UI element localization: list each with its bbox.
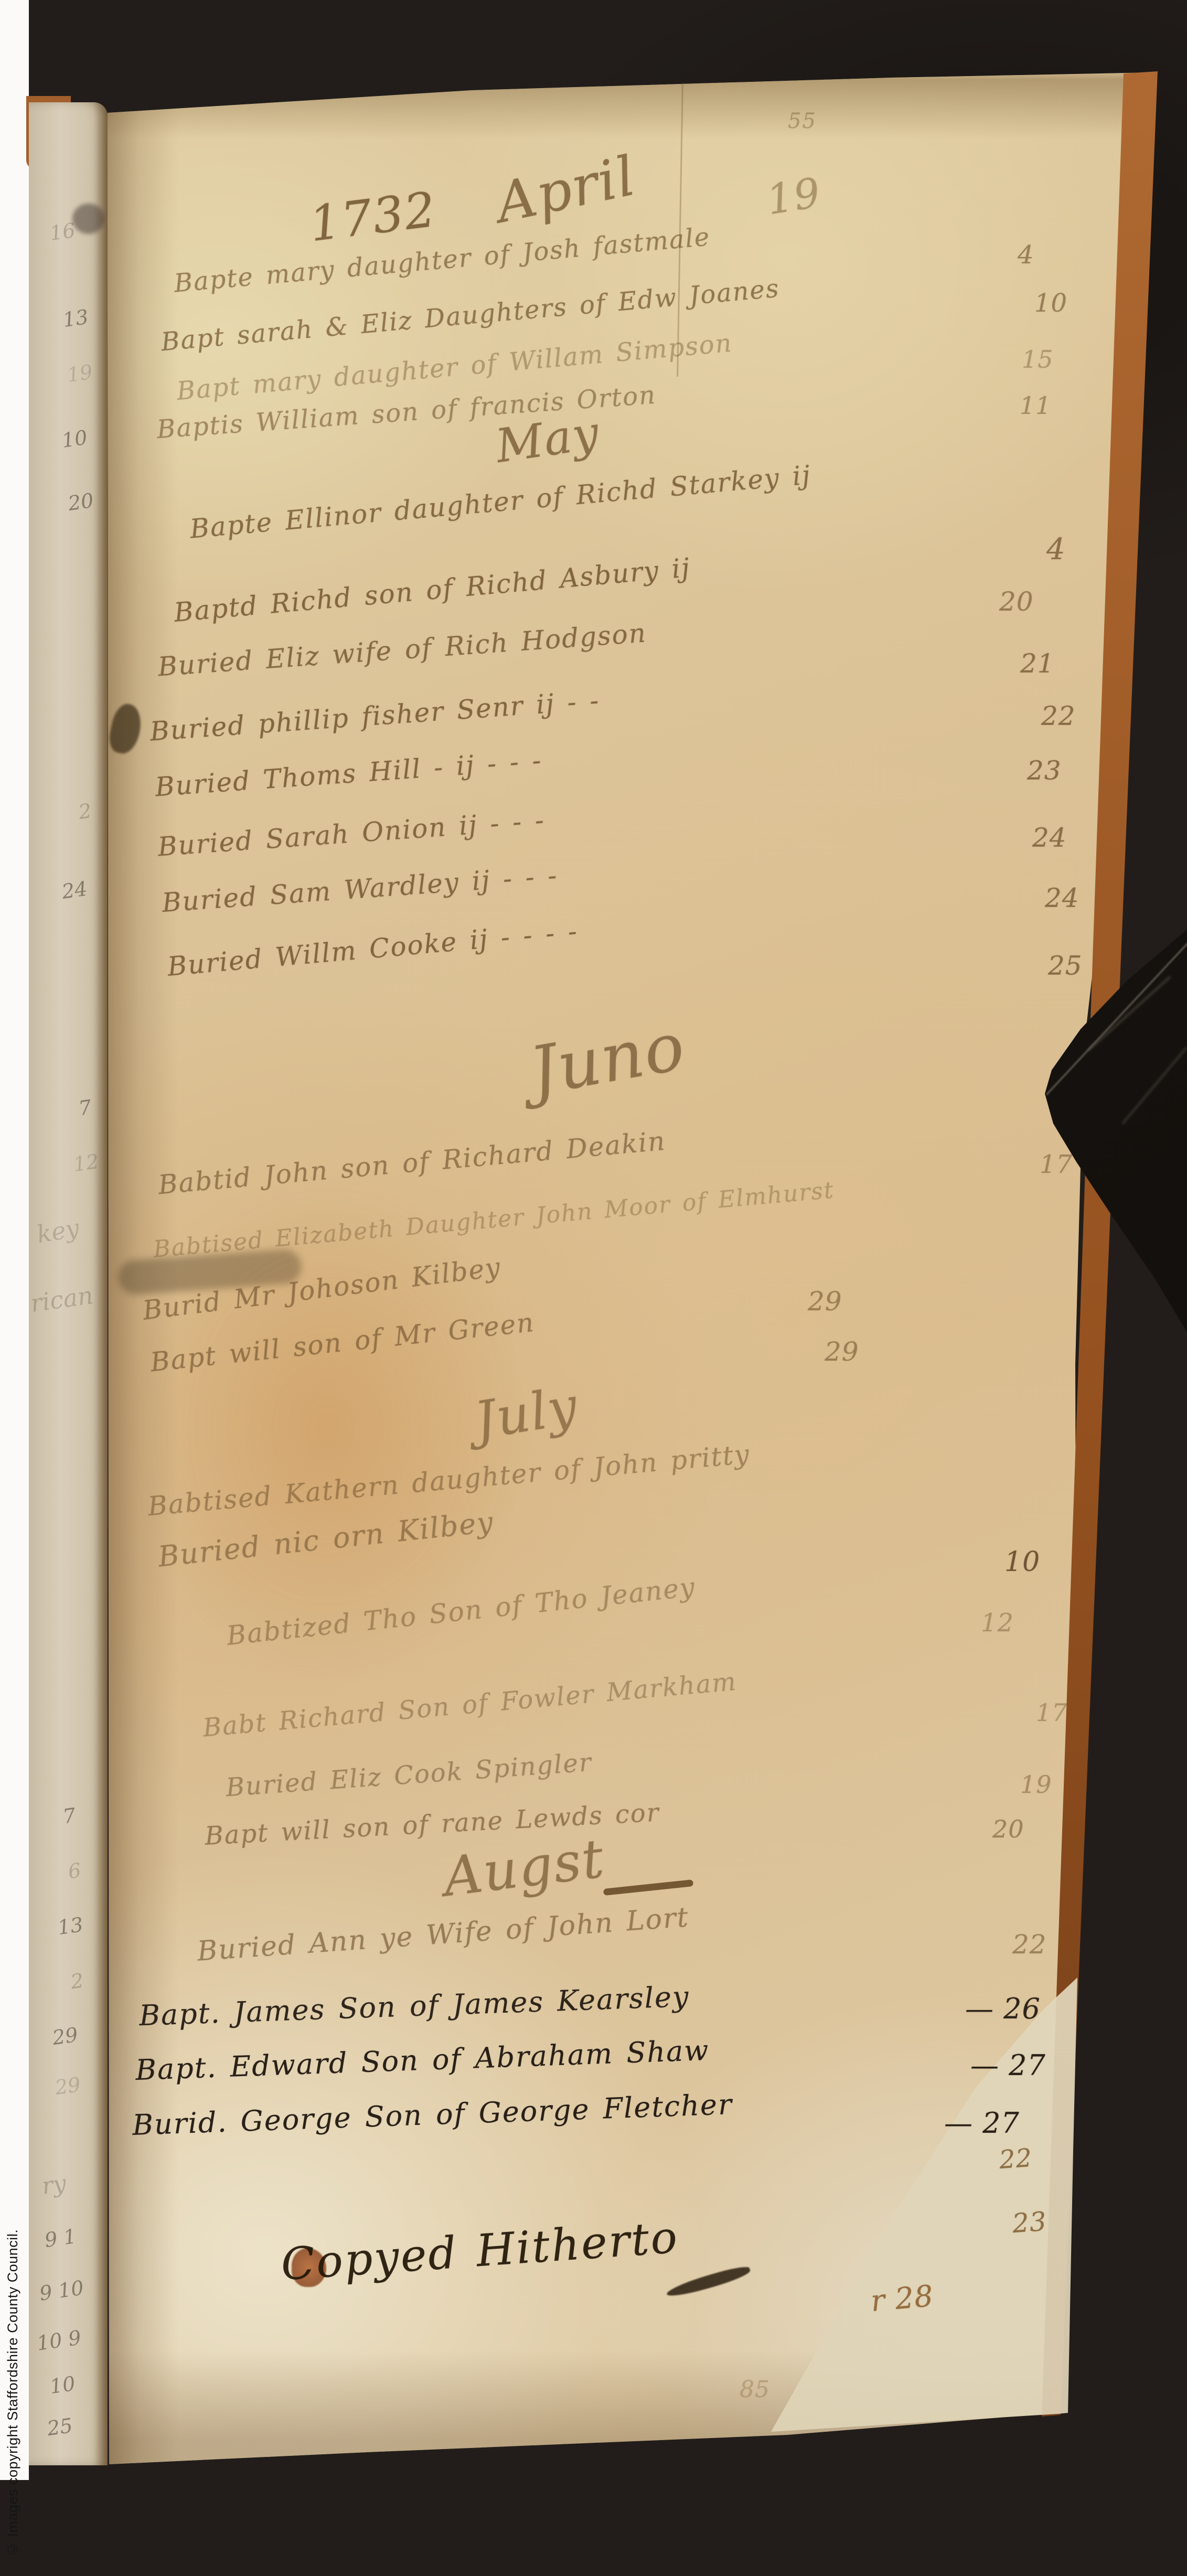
entry-day: 19 <box>1020 1770 1052 1799</box>
under-page-fragment: 22 <box>998 2143 1033 2175</box>
margin-fragment: 20 <box>67 489 95 515</box>
under-page-fragment: r 28 <box>869 2279 935 2318</box>
margin-fragment: 10 <box>48 2372 77 2398</box>
entry-day: 24 <box>1032 822 1067 853</box>
scan-edge-strip <box>0 0 29 2480</box>
entry-day: 20 <box>999 586 1034 617</box>
margin-fragment: 19 <box>66 360 94 387</box>
entry-day: 21 <box>1020 648 1055 679</box>
ink-smudge <box>72 204 105 234</box>
margin-fragment: 13 <box>61 305 90 332</box>
entry-day: — 26 <box>965 1992 1041 2025</box>
margin-fragment: 24 <box>60 877 89 903</box>
entry-day: 24 <box>1045 883 1079 913</box>
entry-day: 17 <box>1036 1698 1068 1727</box>
margin-fragment: 10 <box>60 426 89 452</box>
entry-day: 23 <box>1027 755 1062 786</box>
entry-day: 10 <box>1004 1546 1040 1578</box>
margin-fragment: 13 <box>56 1913 84 1939</box>
entry-day: 15 <box>1022 345 1054 373</box>
entry-day: — 27 <box>970 2049 1046 2082</box>
header-day-flourish: 19 <box>764 169 825 224</box>
entry-day: 29 <box>808 1286 842 1317</box>
entry-day: 25 <box>1048 950 1083 981</box>
margin-fragment: 16 <box>48 219 77 245</box>
copyright-notice: © Images copyright Staffordshire County … <box>5 2190 21 2557</box>
entry-day: 17 <box>1040 1150 1073 1179</box>
margin-fragment: 25 <box>46 2414 74 2440</box>
photograph-of-parish-register: { "copyright_notice": "© Images copyrigh… <box>0 0 1187 2576</box>
margin-fragment: 29 <box>51 2023 79 2049</box>
under-page-fragment: 23 <box>1011 2206 1048 2239</box>
showthrough-fragment: 55 <box>788 109 817 133</box>
entry-day: — 27 <box>944 2107 1020 2140</box>
entry-day: 4 <box>1018 240 1034 270</box>
margin-fragment: 29 <box>54 2073 82 2099</box>
entry-day: 22 <box>1041 701 1076 731</box>
entry-day: 20 <box>992 1815 1024 1843</box>
margin-fragment: ry <box>40 2170 68 2200</box>
entry-day: 10 <box>1034 288 1067 318</box>
under-page-fragment: 85 <box>740 2376 770 2403</box>
entry-day: 4 <box>1046 532 1066 566</box>
margin-fragment: 12 <box>72 1150 100 1176</box>
entry-day: 11 <box>1020 391 1052 420</box>
entry-day: 12 <box>981 1608 1014 1638</box>
entry-day: 22 <box>1012 1929 1047 1960</box>
entry-day: 29 <box>825 1337 859 1367</box>
margin-fragment: 9 1 <box>43 2225 78 2252</box>
